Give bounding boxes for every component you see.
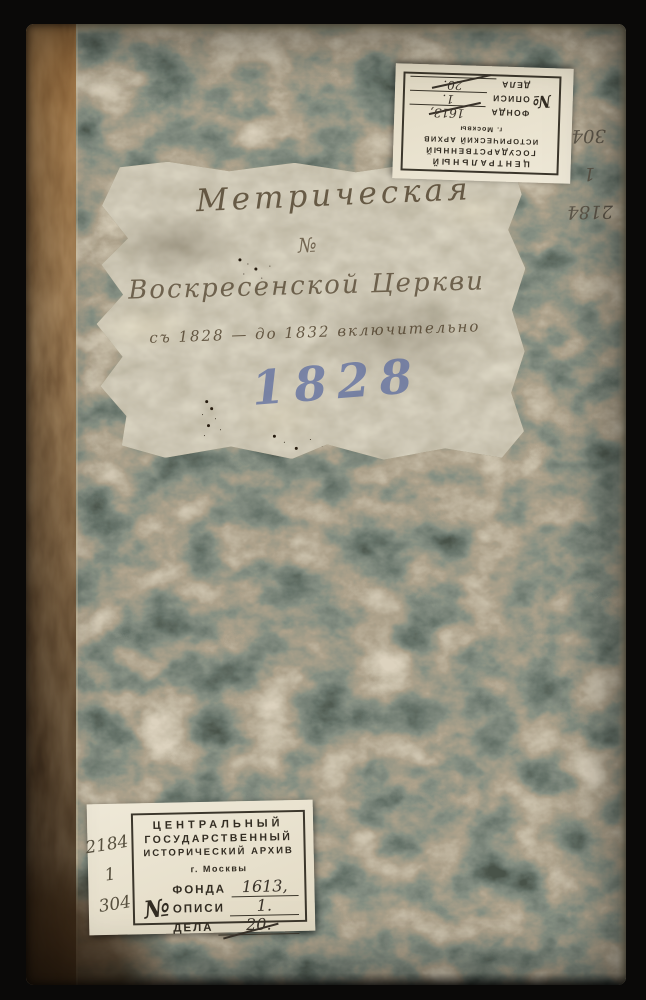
stamp-border-box: ЦЕНТРАЛЬНЫЙ ГОСУДАРСТВЕННЫЙ ИСТОРИЧЕСКИЙ… [131, 810, 307, 926]
pencil-number-line: 304 [553, 115, 624, 154]
numero-sign: № [528, 79, 555, 123]
numero-sign: № [137, 878, 176, 939]
field-value: 1. [230, 896, 299, 916]
title-label-patch: Метрическая № Воскресенской Церкви съ 18… [87, 161, 527, 461]
book-cover: Метрическая № Воскресенской Церкви съ 18… [26, 24, 626, 985]
worn-top-edge [66, 24, 626, 34]
field-label: ДЕЛА [501, 79, 531, 91]
archive-stamp-bottom: 2184 1 304 ЦЕНТРАЛЬНЫЙ ГОСУДАРСТВЕННЫЙ И… [87, 800, 316, 936]
field-label: ФОНДА [172, 883, 226, 898]
pencil-number-line: 2184 [83, 827, 127, 863]
ink-splatter [205, 400, 208, 403]
field-value: 1613, [409, 104, 485, 120]
stamp-fields: № ФОНДА 1613, ОПИСИ 1. ДЕЛА 20. [409, 76, 554, 123]
pencil-number-line: 304 [93, 887, 137, 923]
archive-name-line: ИСТОРИЧЕСКИЙ АРХИВ [140, 844, 298, 861]
archive-stamp-top: ЦЕНТРАЛЬНЫЙ ГОСУДАРСТВЕННЫЙ ИСТОРИЧЕСКИЙ… [392, 63, 574, 184]
field-label: ОПИСИ [492, 92, 530, 104]
ink-splatter [238, 258, 241, 261]
field-label: ОПИСИ [173, 903, 225, 918]
field-value: 20. [410, 76, 496, 93]
pencil-inventory-numbers-bottom: 2184 1 304 [83, 827, 137, 922]
field-value: 1. [410, 90, 487, 106]
stamp-fields: № ФОНДА 1613, ОПИСИ 1. ДЕЛА 20. [140, 877, 299, 937]
field-value: 1613, [231, 877, 299, 897]
archive-name-block: ЦЕНТРАЛЬНЫЙ ГОСУДАРСТВЕННЫЙ ИСТОРИЧЕСКИЙ… [139, 816, 298, 877]
archive-name-block: ЦЕНТРАЛЬНЫЙ ГОСУДАРСТВЕННЫЙ ИСТОРИЧЕСКИЙ… [408, 121, 553, 171]
pencil-inventory-numbers-top: 2184 1 304 [553, 69, 626, 230]
field-label: ДЕЛА [173, 922, 214, 937]
pencil-number-line: 1 [554, 153, 625, 192]
leather-spine [26, 24, 78, 985]
spine-shading [26, 24, 76, 985]
ink-splatter [273, 435, 276, 438]
field-value: 20. [218, 915, 299, 936]
photo-frame: Метрическая № Воскресенской Церкви съ 18… [0, 0, 646, 1000]
field-dela: ДЕЛА 20. [173, 915, 299, 937]
field-label: ФОНДА [490, 106, 530, 118]
pencil-number-line: 2184 [555, 191, 626, 230]
stamp-field-list: ФОНДА 1613, ОПИСИ 1. ДЕЛА 20. [409, 76, 530, 122]
stamp-border-box: ЦЕНТРАЛЬНЫЙ ГОСУДАРСТВЕННЫЙ ИСТОРИЧЕСКИЙ… [400, 71, 561, 175]
stamp-field-list: ФОНДА 1613, ОПИСИ 1. ДЕЛА 20. [172, 877, 299, 937]
archive-city-line: г. Москвы [140, 860, 298, 877]
